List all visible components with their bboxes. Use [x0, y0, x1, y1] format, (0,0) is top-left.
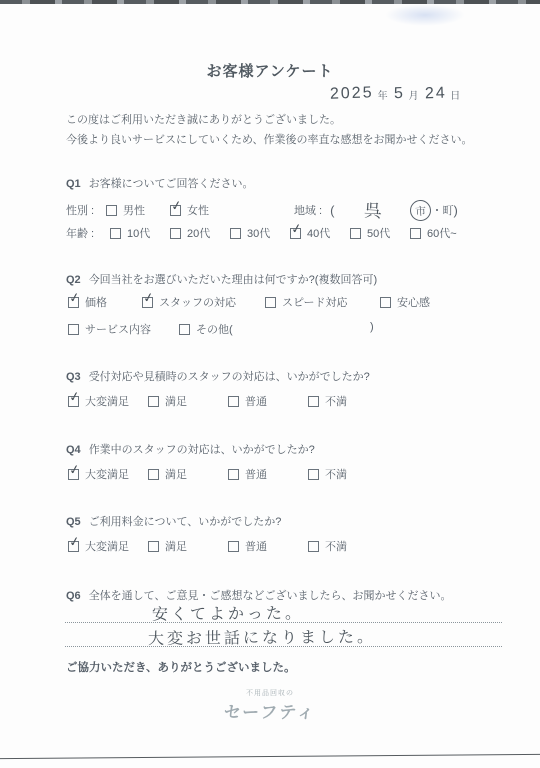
checkbox-option[interactable]: 不満 [308, 466, 388, 482]
checkbox-checked-icon[interactable]: ✓ [68, 541, 79, 552]
checkbox-label: 普通 [245, 466, 267, 482]
q6-number: Q6 [66, 590, 81, 602]
q1-text: お客様についてご回答ください。 [89, 178, 254, 190]
q4-question: Q4作業中のスタッフの対応は、いかがでしたか? [66, 441, 315, 457]
region-label: 地域 : [294, 202, 322, 218]
scan-smudge-artifact [385, 4, 465, 26]
q2-text: 今回当社をお選びいただいた理由は何ですか?(複数回答可) [89, 274, 377, 286]
q3-text: 受付対応や見積時のスタッフの対応は、いかがでしたか? [89, 371, 370, 383]
checkbox-label: 安心感 [397, 294, 430, 310]
checkbox-label: 普通 [245, 393, 267, 409]
checkbox-option[interactable]: ✓40代 [290, 225, 350, 241]
checkbox-label: 大変満足 [85, 466, 129, 482]
checkbox-label: サービス内容 [85, 321, 151, 337]
checkbox-option[interactable]: 満足 [148, 393, 228, 409]
checkbox-icon[interactable] [148, 396, 159, 407]
checkbox-icon[interactable] [110, 228, 121, 239]
q3-question: Q3受付対応や見積時のスタッフの対応は、いかがでしたか? [66, 368, 370, 384]
checkbox-option[interactable]: 普通 [228, 466, 308, 482]
scanned-survey-page: お客様アンケート 2025 年 5 月 24 日 この度はご利用いただき誠にあり… [0, 0, 540, 768]
age-label: 年齢 : [66, 225, 110, 241]
checkbox-label: 大変満足 [85, 538, 129, 554]
checkbox-option[interactable]: 男性 [106, 202, 170, 218]
date-year-handwritten: 2025 [330, 84, 374, 104]
checkbox-icon[interactable] [179, 324, 190, 335]
age-options: 10代20代30代✓40代50代60代~ [110, 225, 470, 241]
checkbox-label: スピード対応 [282, 294, 348, 310]
paper-bottom-edge [0, 754, 540, 759]
checkbox-label: その他( [196, 321, 233, 337]
q6-answer-line1-rule[interactable] [65, 622, 502, 623]
checkbox-option[interactable]: ✓女性 [170, 202, 234, 218]
checkbox-icon[interactable] [350, 228, 361, 239]
scan-edge-artifact [0, 0, 540, 4]
q3-options-row: ✓大変満足満足普通不満 [68, 393, 388, 409]
q2-options-row1: ✓価格✓スタッフの対応スピード対応安心感 [68, 294, 430, 310]
checkbox-option[interactable]: 不満 [308, 538, 388, 554]
checkbox-icon[interactable] [308, 469, 319, 480]
region-separator: ・ [431, 202, 442, 218]
checkbox-option[interactable]: ✓大変満足 [68, 538, 148, 554]
checkbox-option[interactable]: 満足 [148, 466, 228, 482]
q2-question: Q2今回当社をお選びいただいた理由は何ですか?(複数回答可) [66, 271, 377, 287]
checkbox-label: 男性 [123, 202, 145, 218]
checkbox-option[interactable]: 60代~ [410, 225, 470, 241]
checkbox-icon[interactable] [68, 324, 79, 335]
checkbox-icon[interactable] [228, 396, 239, 407]
q2-number: Q2 [66, 274, 81, 286]
checkbox-icon[interactable] [308, 396, 319, 407]
q4-text: 作業中のスタッフの対応は、いかがでしたか? [89, 444, 315, 456]
checkbox-checked-icon[interactable]: ✓ [68, 469, 79, 480]
checkbox-label: 60代~ [427, 225, 457, 241]
closing-text: ご協力いただき、ありがとうございました。 [66, 659, 296, 675]
region-paren-close: ) [453, 203, 457, 218]
checkbox-icon[interactable] [106, 205, 117, 216]
q5-question: Q5ご利用料金について、いかがでしたか? [66, 513, 281, 529]
intro-line-2: 今後より良いサービスにしていくため、作業後の率直な感想をお聞かせください。 [66, 130, 506, 150]
checkbox-label: 満足 [165, 393, 187, 409]
date-month-unit: 月 [409, 87, 419, 102]
region-field: 地域 : ( 呉 市 ・ 町 ) [294, 197, 458, 223]
checkbox-option[interactable]: 普通 [228, 538, 308, 554]
q4-number: Q4 [66, 444, 81, 456]
checkbox-label: 不満 [325, 466, 347, 482]
checkbox-option[interactable]: 10代 [110, 225, 170, 241]
checkbox-icon[interactable] [228, 469, 239, 480]
checkbox-label: 満足 [165, 538, 187, 554]
checkbox-label: 10代 [127, 225, 150, 241]
checkbox-label: 価格 [85, 294, 107, 310]
checkbox-icon[interactable] [410, 228, 421, 239]
checkbox-label: 女性 [187, 202, 209, 218]
date-day-handwritten: 24 [424, 85, 446, 104]
checkbox-option[interactable]: 満足 [148, 538, 228, 554]
checkbox-option[interactable]: ✓スタッフの対応 [142, 294, 265, 310]
region-city-option: 市 [415, 202, 427, 219]
page-title: お客様アンケート [0, 60, 540, 81]
intro-line-1: この度はご利用いただき誠にありがとうございました。 [66, 110, 506, 130]
checkbox-checked-icon[interactable]: ✓ [170, 205, 181, 216]
checkbox-icon[interactable] [380, 297, 391, 308]
checkbox-option[interactable]: 不満 [308, 393, 388, 409]
checkbox-option[interactable]: サービス内容 [68, 321, 179, 337]
checkmark-icon: ✓ [68, 534, 81, 549]
intro-text: この度はご利用いただき誠にありがとうございました。 今後より良いサービスにしてい… [66, 110, 506, 150]
checkbox-icon[interactable] [148, 541, 159, 552]
checkbox-option[interactable]: ✓大変満足 [68, 393, 148, 409]
date-line: 2025 年 5 月 24 日 [330, 85, 466, 103]
checkbox-icon[interactable] [230, 228, 241, 239]
checkbox-label: 大変満足 [85, 393, 129, 409]
checkmark-icon: ✓ [68, 290, 81, 305]
date-month-handwritten: 5 [393, 85, 405, 103]
company-logo: 不用品回収の セーフティ [0, 688, 540, 723]
checkbox-label: 不満 [325, 393, 347, 409]
q3-number: Q3 [66, 371, 81, 383]
checkbox-label: 普通 [245, 538, 267, 554]
checkbox-option[interactable]: スピード対応 [265, 294, 380, 310]
q2-options-row2: サービス内容その他( [68, 321, 233, 337]
checkbox-option[interactable]: ✓価格 [68, 294, 142, 310]
region-city-circled[interactable]: 市 [410, 199, 432, 221]
checkmark-icon: ✓ [68, 389, 81, 404]
region-paren-open: ( [330, 203, 334, 218]
q5-number: Q5 [66, 516, 81, 528]
checkbox-checked-icon[interactable]: ✓ [142, 297, 153, 308]
q5-text: ご利用料金について、いかがでしたか? [89, 516, 282, 528]
checkbox-label: 30代 [247, 225, 270, 241]
q1-age-row: 年齢 : 10代20代30代✓40代50代60代~ [66, 225, 470, 241]
q6-answer-line1-handwritten[interactable]: 安くてよかった。 [152, 600, 304, 624]
checkbox-label: 満足 [165, 466, 187, 482]
checkbox-option[interactable]: 普通 [228, 393, 308, 409]
q5-options-row: ✓大変満足満足普通不満 [68, 538, 388, 554]
checkbox-option[interactable]: 安心感 [380, 294, 430, 310]
region-town-option[interactable]: 町 [442, 202, 453, 218]
checkbox-icon[interactable] [170, 228, 181, 239]
checkbox-icon[interactable] [228, 541, 239, 552]
checkbox-icon[interactable] [148, 469, 159, 480]
checkbox-label: スタッフの対応 [159, 294, 236, 310]
checkbox-checked-icon[interactable]: ✓ [290, 228, 301, 239]
checkmark-icon: ✓ [170, 198, 183, 213]
checkbox-label: 20代 [187, 225, 210, 241]
logo-name: セーフティ [223, 698, 318, 723]
region-handwritten-value[interactable]: 呉 [364, 197, 383, 224]
date-day-unit: 日 [450, 87, 460, 102]
checkmark-icon: ✓ [142, 290, 155, 305]
q1-gender-row: 性別 : 男性✓女性 地域 : ( 呉 市 ・ 町 ) [66, 197, 458, 223]
checkbox-option[interactable]: 30代 [230, 225, 290, 241]
q1-question: Q1お客様についてご回答ください。 [66, 175, 253, 191]
date-year-unit: 年 [378, 87, 388, 102]
q4-options-row: ✓大変満足満足普通不満 [68, 466, 388, 482]
q6-answer-line2-rule[interactable] [65, 646, 502, 647]
checkbox-label: 50代 [367, 225, 390, 241]
checkbox-checked-icon[interactable]: ✓ [68, 297, 79, 308]
checkbox-option[interactable]: ✓大変満足 [68, 466, 148, 482]
q2-other-close-paren: ) [370, 321, 374, 333]
checkbox-icon[interactable] [308, 541, 319, 552]
checkmark-icon: ✓ [290, 221, 303, 236]
checkbox-option[interactable]: 50代 [350, 225, 410, 241]
checkbox-icon[interactable] [265, 297, 276, 308]
logo-tagline: 不用品回収の [0, 688, 540, 698]
checkbox-label: 不満 [325, 538, 347, 554]
gender-label: 性別 : [66, 202, 106, 218]
gender-options: 男性✓女性 [106, 202, 234, 218]
checkbox-option[interactable]: 20代 [170, 225, 230, 241]
checkbox-label: 40代 [307, 225, 330, 241]
checkmark-icon: ✓ [68, 462, 81, 477]
q1-number: Q1 [66, 178, 81, 190]
checkbox-checked-icon[interactable]: ✓ [68, 396, 79, 407]
checkbox-option[interactable]: その他( [179, 321, 233, 337]
